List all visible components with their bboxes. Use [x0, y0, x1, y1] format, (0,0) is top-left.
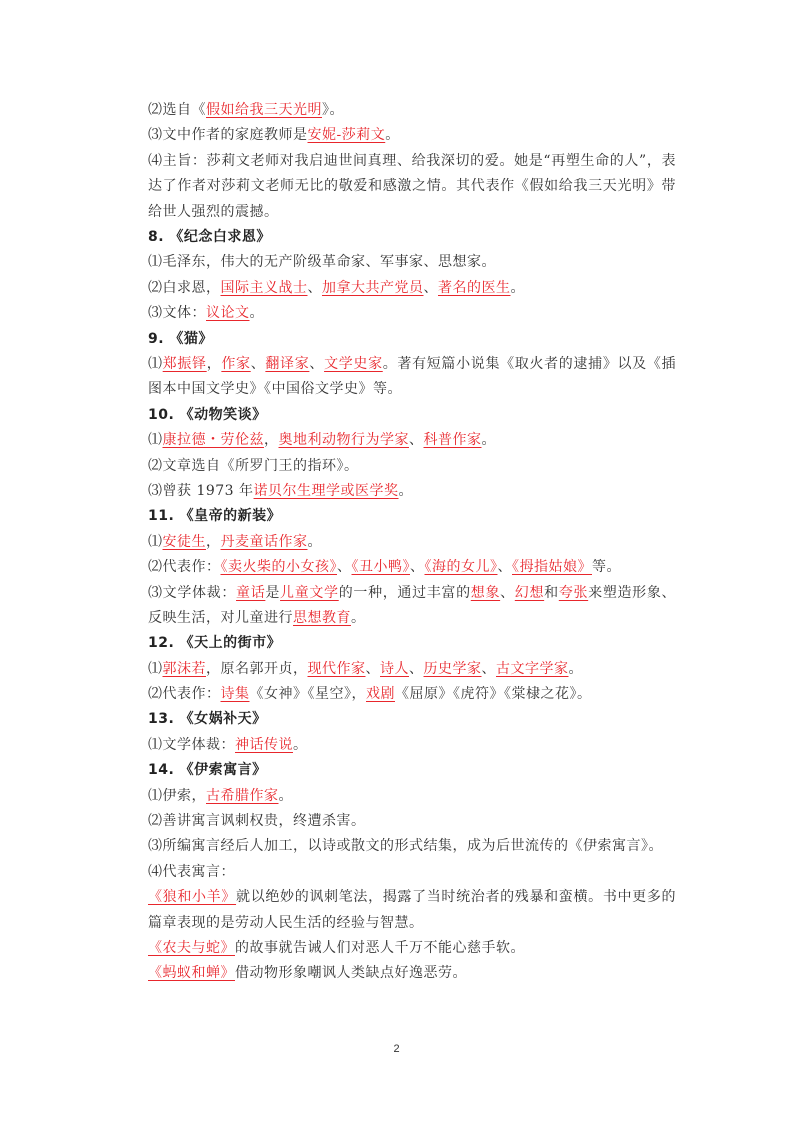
text-span: 10. 《动物笑谈》	[148, 407, 267, 423]
text-span: 8. 《纪念白求恩》	[148, 229, 271, 245]
highlighted-answer: 古希腊作家	[206, 788, 279, 804]
highlighted-answer: 儿童文学	[280, 585, 339, 601]
paragraph-line: ⑶文体：议论文。	[120, 301, 676, 326]
text-span: ⑶文学体裁：	[148, 585, 236, 601]
text-span: ，	[206, 534, 221, 550]
section-heading: 11. 《皇帝的新装》	[120, 504, 676, 529]
text-span: 。	[482, 432, 497, 448]
highlighted-answer: 诗人	[380, 661, 409, 677]
paragraph-line: ⑴伊索，古希腊作家。	[120, 784, 676, 809]
text-span: 是	[265, 585, 280, 601]
text-span: ⑵代表作：	[148, 559, 221, 575]
paragraph-line: ⑴文学体裁：神话传说。	[120, 733, 676, 758]
highlighted-answer: 神话传说	[235, 737, 293, 753]
paragraph-line: ⑶曾获 1973 年诺贝尔生理学或医学奖。	[120, 479, 676, 504]
highlighted-answer: 安徒生	[163, 534, 207, 550]
highlighted-answer: 科普作家	[424, 432, 482, 448]
text-span: ⑴伊索，	[148, 788, 206, 804]
section-heading: 10. 《动物笑谈》	[120, 403, 676, 428]
paragraph-line: 《狼和小羊》就以绝妙的讽刺笔法，揭露了当时统治者的残暴和蛮横。书中更多的篇章表现…	[120, 885, 676, 936]
text-span: ⑵善讲寓言讽刺权贵，终遭杀害。	[148, 813, 366, 829]
text-span: 。	[250, 305, 265, 321]
text-span: ⑵选自《	[148, 102, 206, 118]
text-span: ⑷主旨：莎莉文老师对我启迪世间真理、给我深切的爱。她是“再塑生命的人”，表达了作…	[148, 153, 676, 220]
text-span: 、	[251, 356, 266, 372]
paragraph-line: ⑵善讲寓言讽刺权贵，终遭杀害。	[120, 809, 676, 834]
highlighted-answer: 《农夫与蛇》	[148, 940, 235, 956]
text-span: ⑴毛泽东，伟大的无产阶级革命家、军事家、思想家。	[148, 254, 496, 270]
highlighted-answer: 思想教育	[293, 610, 351, 626]
paragraph-line: ⑷主旨：莎莉文老师对我启迪世间真理、给我深切的爱。她是“再塑生命的人”，表达了作…	[120, 149, 676, 225]
text-span: 等。	[592, 559, 621, 575]
text-span: ⑴	[148, 432, 163, 448]
highlighted-answer: 古文字学家	[496, 661, 569, 677]
highlighted-answer: 《丑小鸭》	[352, 559, 411, 575]
page-number: 2	[0, 1043, 793, 1055]
text-span: 、	[308, 280, 323, 296]
text-span: ⑶所编寓言经后人加工，以诗或散文的形式结集，成为后世流传的《伊索寓言》。	[148, 838, 663, 854]
text-span: 、	[337, 559, 352, 575]
text-span: 、	[424, 280, 439, 296]
highlighted-answer: 作家	[221, 356, 250, 372]
paragraph-line: ⑵选自《假如给我三天光明》。	[120, 98, 676, 123]
highlighted-answer: 奥地利动物行为学家	[279, 432, 410, 448]
paragraph-line: 《农夫与蛇》的故事就告诫人们对恶人千万不能心慈手软。	[120, 936, 676, 961]
paragraph-line: ⑴毛泽东，伟大的无产阶级革命家、军事家、思想家。	[120, 250, 676, 275]
highlighted-answer: 议论文	[206, 305, 250, 321]
text-span: ，原名郭开贞，	[206, 661, 308, 677]
text-span: ⑴	[148, 534, 163, 550]
text-span: 、	[482, 661, 497, 677]
text-span: 。	[279, 788, 294, 804]
text-span: ⑵文章选自《所罗门王的指环》。	[148, 458, 359, 474]
text-span: ⑶文体：	[148, 305, 206, 321]
text-span: ⑵代表作：	[148, 686, 221, 702]
highlighted-answer: 康拉德・劳伦兹	[163, 432, 265, 448]
text-span: 12. 《天上的街市》	[148, 635, 281, 651]
highlighted-answer: 想象	[471, 585, 500, 601]
text-span: ⑶曾获 1973 年	[148, 483, 254, 499]
paragraph-line: 《蚂蚁和蝉》借动物形象嘲讽人类缺点好逸恶劳。	[120, 961, 676, 986]
document-body: ⑵选自《假如给我三天光明》。⑶文中作者的家庭教师是安妮-莎莉文。⑷主旨：莎莉文老…	[120, 98, 676, 987]
text-span: 、	[309, 356, 324, 372]
highlighted-answer: 丹麦童话作家	[221, 534, 308, 550]
text-span: 借动物形象嘲讽人类缺点好逸恶劳。	[235, 965, 467, 981]
section-heading: 13. 《女娲补天》	[120, 707, 676, 732]
highlighted-answer: 国际主义战士	[221, 280, 308, 296]
highlighted-answer: 诗集	[221, 686, 250, 702]
highlighted-answer: 郑振铎	[163, 356, 207, 372]
text-span: 的一种，通过丰富的	[339, 585, 471, 601]
paragraph-line: ⑵代表作：诗集《女神》《星空》，戏剧《屈原》《虎符》《棠棣之花》。	[120, 682, 676, 707]
text-span: 。	[293, 737, 308, 753]
text-span: 。	[308, 534, 323, 550]
text-span: ，	[264, 432, 279, 448]
paragraph-line: ⑵代表作：《卖火柴的小女孩》、《丑小鸭》、《海的女儿》、《拇指姑娘》等。	[120, 555, 676, 580]
text-span: ⑴	[148, 661, 163, 677]
text-span: 、	[409, 661, 424, 677]
highlighted-answer: 戏剧	[366, 686, 395, 702]
highlighted-answer: 《海的女儿》	[425, 559, 498, 575]
text-span: 13. 《女娲补天》	[148, 711, 267, 727]
text-span: ⑴文学体裁：	[148, 737, 235, 753]
paragraph-line: ⑶所编寓言经后人加工，以诗或散文的形式结集，成为后世流传的《伊索寓言》。	[120, 834, 676, 859]
highlighted-answer: 夸张	[559, 585, 588, 601]
text-span: 、	[410, 559, 425, 575]
text-span: ⑴	[148, 356, 163, 372]
highlighted-answer: 历史学家	[424, 661, 482, 677]
highlighted-answer: 《蚂蚁和蝉》	[148, 965, 235, 981]
highlighted-answer: 郭沫若	[163, 661, 207, 677]
highlighted-answer: 《卖火柴的小女孩》	[221, 559, 338, 575]
text-span: 的故事就告诫人们对恶人千万不能心慈手软。	[235, 940, 525, 956]
text-span: 。	[399, 483, 414, 499]
text-span: 11. 《皇帝的新装》	[148, 508, 281, 524]
text-span: 。	[511, 280, 526, 296]
highlighted-answer: 翻译家	[265, 356, 309, 372]
highlighted-answer: 《狼和小羊》	[148, 889, 236, 905]
paragraph-line: ⑵白求恩，国际主义战士、加拿大共产党员、著名的医生。	[120, 276, 676, 301]
text-span: 。	[385, 127, 400, 143]
paragraph-line: ⑴郭沫若，原名郭开贞，现代作家、诗人、历史学家、古文字学家。	[120, 657, 676, 682]
paragraph-line: ⑴安徒生，丹麦童话作家。	[120, 530, 676, 555]
paragraph-line: ⑴康拉德・劳伦兹，奥地利动物行为学家、科普作家。	[120, 428, 676, 453]
text-span: 《女神》《星空》，	[250, 686, 367, 702]
highlighted-answer: 加拿大共产党员	[322, 280, 424, 296]
text-span: 9. 《猫》	[148, 331, 213, 347]
text-span: 。	[351, 610, 366, 626]
text-span: 、	[500, 585, 515, 601]
text-span: ⑶文中作者的家庭教师是	[148, 127, 308, 143]
section-heading: 14. 《伊索寓言》	[120, 758, 676, 783]
text-span: 《屈原》《虎符》《棠棣之花》。	[395, 686, 592, 702]
text-span: 14. 《伊索寓言》	[148, 762, 267, 778]
text-span: ，	[207, 356, 222, 372]
highlighted-answer: 文学史家	[324, 356, 383, 372]
text-span: 和	[544, 585, 559, 601]
highlighted-answer: 童话	[236, 585, 265, 601]
highlighted-answer: 著名的医生	[438, 280, 511, 296]
text-span: ⑵白求恩，	[148, 280, 221, 296]
paragraph-line: ⑴郑振铎，作家、翻译家、文学史家。著有短篇小说集《取火者的逮捕》以及《插图本中国…	[120, 352, 676, 403]
text-span: 、	[366, 661, 381, 677]
highlighted-answer: 安妮-莎莉文	[308, 127, 386, 143]
text-span: ⑷代表寓言：	[148, 864, 235, 880]
highlighted-answer: 幻想	[515, 585, 544, 601]
section-heading: 12. 《天上的街市》	[120, 631, 676, 656]
highlighted-answer: 《拇指姑娘》	[512, 559, 592, 575]
highlighted-answer: 诺贝尔生理学或医学奖	[254, 483, 399, 499]
paragraph-line: ⑷代表寓言：	[120, 860, 676, 885]
paragraph-line: ⑶文中作者的家庭教师是安妮-莎莉文。	[120, 123, 676, 148]
text-span: 、	[409, 432, 424, 448]
paragraph-line: ⑶文学体裁：童话是儿童文学的一种，通过丰富的想象、幻想和夸张来塑造形象、反映生活…	[120, 581, 676, 632]
paragraph-line: ⑵文章选自《所罗门王的指环》。	[120, 454, 676, 479]
section-heading: 8. 《纪念白求恩》	[120, 225, 676, 250]
highlighted-answer: 假如给我三天光明	[206, 102, 322, 118]
text-span: 》。	[322, 102, 344, 118]
highlighted-answer: 现代作家	[308, 661, 366, 677]
text-span: 、	[498, 559, 513, 575]
text-span: 。	[569, 661, 584, 677]
section-heading: 9. 《猫》	[120, 327, 676, 352]
